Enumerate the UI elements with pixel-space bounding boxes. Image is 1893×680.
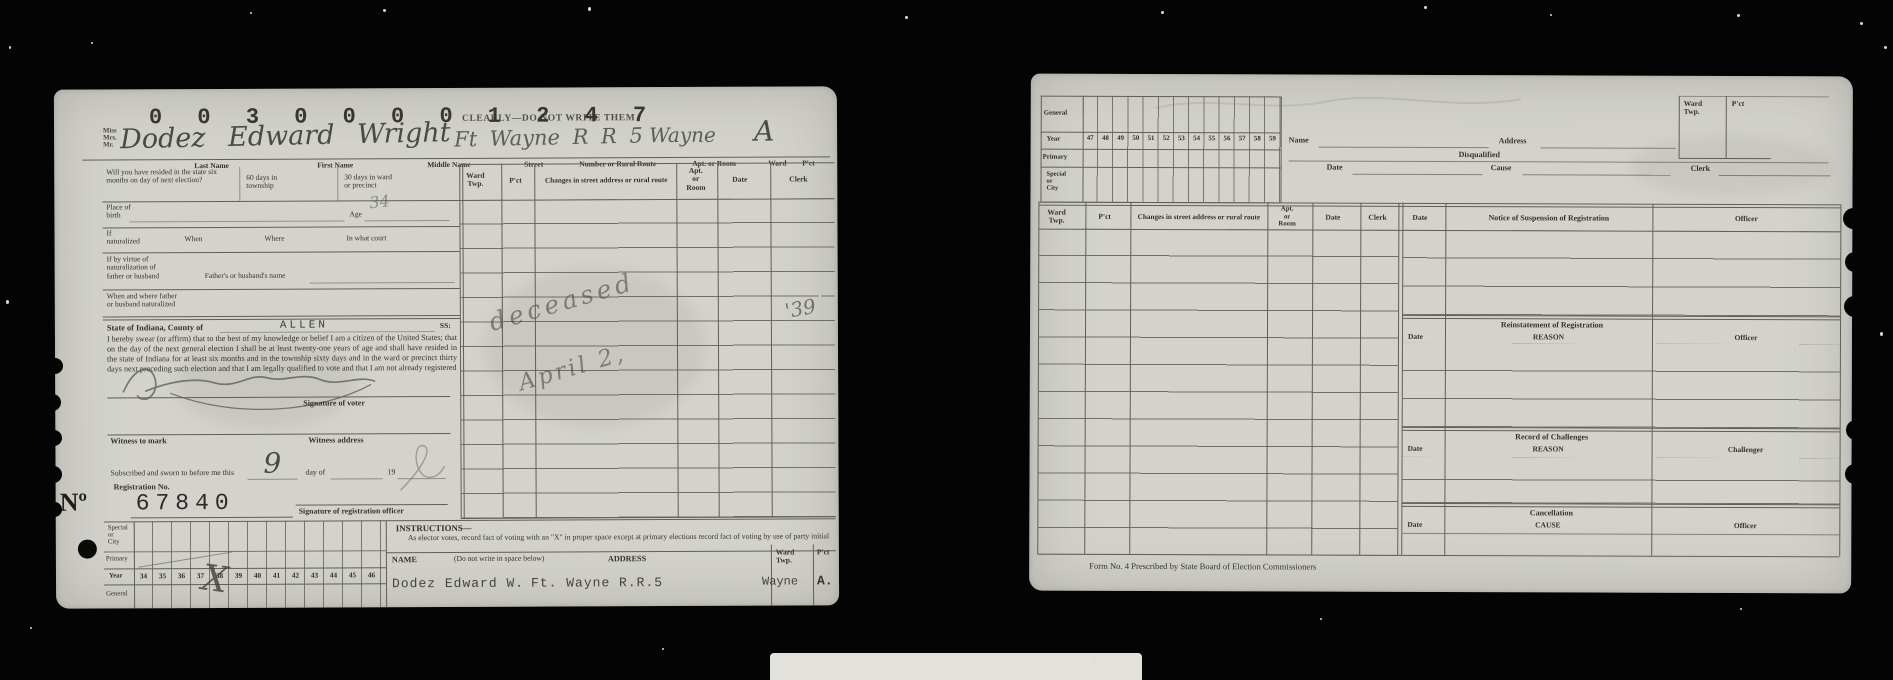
year-cell: 57 xyxy=(1235,135,1250,142)
challenges-title: Record of Challenges xyxy=(1402,433,1702,443)
header-label-disqualified: Disqualified xyxy=(1459,151,1500,160)
label-signature-registration-officer: Signature of registration officer xyxy=(299,507,404,516)
question-60-days: 60 days in township xyxy=(246,174,277,191)
suspension-header-officer: Officer xyxy=(1652,215,1840,224)
year-cell: 43 xyxy=(305,571,324,580)
year-cell: 36 xyxy=(172,571,191,580)
changes-header-date: Date xyxy=(1325,214,1340,222)
year-cell: 59 xyxy=(1265,135,1280,142)
cancellation-header-date: Date xyxy=(1407,521,1422,529)
ward-handwritten: Wayne xyxy=(649,123,716,147)
header-label-name: Name xyxy=(1289,136,1309,145)
typed-name: Dodez Edward W. xyxy=(392,576,524,592)
voter-signature-scribble xyxy=(115,346,415,417)
label-witness-to-mark: Witness to mark xyxy=(110,437,166,446)
year-cell: 44 xyxy=(324,570,343,579)
challenges-header-date: Date xyxy=(1408,445,1423,453)
voter-address-handwritten: Ft Wayne R R 5 xyxy=(454,123,643,151)
officer-signature-scribble xyxy=(390,440,450,495)
sworn-day-handwritten: 9 xyxy=(263,447,281,480)
year-cell: 40 xyxy=(248,571,267,580)
reinstatement-rows xyxy=(1403,343,1840,429)
label-place-of-birth: Place of birth xyxy=(106,203,130,220)
changes-header-apt: Apt. or Room xyxy=(686,167,705,192)
cancellation-header-cause: CAUSE xyxy=(1444,521,1651,530)
form-number-note: Form No. 4 Prescribed by State Board of … xyxy=(1089,561,1316,572)
microfilm-scan: 0 0 3 0 0 0 0 1 2 4 7 CLEARLY—DO NOT WRI… xyxy=(0,0,1893,680)
changes-header-ward-twp: Ward Twp. xyxy=(1047,209,1065,226)
corner-label-ward-twp: Ward Twp. xyxy=(1684,100,1702,117)
grid-label-primary: Primary xyxy=(106,555,128,562)
do-not-write-print: CLEARLY—DO NOT WRITE THEM xyxy=(462,113,635,124)
affidavit-county-typed: ALLEN xyxy=(280,320,328,332)
grid-label-special-city: Special or City xyxy=(108,524,128,545)
label-if-naturalized: If naturalized xyxy=(106,229,139,246)
grid-label-general: General xyxy=(1044,110,1067,117)
challenges-header-challenger: Challenger xyxy=(1652,446,1840,455)
challenges-header-reason: REASON xyxy=(1445,445,1652,454)
sworn-before-me-text: Subscribed and sworn to before me this xyxy=(111,469,234,478)
vote-grid-columns xyxy=(134,520,382,608)
label-number-rural-route: Number or Rural Route xyxy=(579,160,656,169)
suspension-rows xyxy=(1403,230,1840,317)
label-middle-name: Middle Name xyxy=(427,161,471,170)
no-symbol: Nº xyxy=(60,488,87,518)
year-cell: 41 xyxy=(267,571,286,580)
registration-card-back: General Year Primary Special or City 474… xyxy=(1029,74,1853,594)
footer-label-address: ADDRESS xyxy=(608,554,646,563)
label-signature-of-voter: Signature of voter xyxy=(303,399,365,408)
changes-header-apt: Apt. or Room xyxy=(1278,205,1295,228)
changes-header-changes: Changes in street address or rural route xyxy=(1132,213,1265,222)
grid-label-year: Year xyxy=(1047,136,1061,143)
header-label-cause: Cause xyxy=(1491,164,1512,173)
year-cell: 49 xyxy=(1113,135,1128,142)
grid-label-year: Year xyxy=(109,572,123,579)
year-cell: 42 xyxy=(286,571,305,580)
instructions-body: As elector votes, record fact of voting … xyxy=(408,532,838,543)
reinstatement-title: Reinstatement of Registration xyxy=(1402,321,1702,331)
adjacent-card-edge xyxy=(770,653,1142,680)
vote-grid-columns xyxy=(1082,96,1280,203)
label-virtue-naturalization: If by virtue of naturalization of father… xyxy=(107,255,160,280)
registration-number-stamp: 67840 xyxy=(136,490,235,516)
year-cell: 45 xyxy=(343,570,362,579)
affidavit-heading: State of Indiana, County of xyxy=(107,323,203,333)
year-cell: 58 xyxy=(1250,135,1265,142)
grid-label-primary: Primary xyxy=(1043,154,1068,161)
changes-header-ward-twp: Ward Twp. xyxy=(466,172,484,189)
label-age: Age xyxy=(349,210,362,218)
label-pct: P'ct xyxy=(802,159,815,167)
year-cell: 50 xyxy=(1128,135,1143,142)
year-cell: 55 xyxy=(1204,135,1219,142)
reinstatement-header-date: Date xyxy=(1408,333,1423,341)
label-first-name: First Name xyxy=(317,161,353,170)
year-cell: 47 xyxy=(1083,135,1098,142)
pct-handwritten: A xyxy=(754,115,774,148)
label-when-where-naturalized: When and where father or husband natural… xyxy=(107,292,177,309)
year-cell: 46 xyxy=(362,570,381,579)
changes-header-clerk: Clerk xyxy=(1368,214,1386,222)
label-when: When xyxy=(185,235,203,243)
footer-space-note: (Do not write in space below) xyxy=(454,555,545,564)
changes-header-clerk: Clerk xyxy=(789,175,807,183)
header-label-address: Address xyxy=(1499,137,1527,146)
year-cell: 54 xyxy=(1189,135,1204,142)
footer-label-ward-twp: Ward Twp. xyxy=(776,548,794,565)
changes-table-rows xyxy=(460,198,835,519)
grid-label-general: General xyxy=(106,590,128,597)
reinstatement-header-officer: Officer xyxy=(1652,334,1840,343)
header-label-clerk: Clerk xyxy=(1691,165,1711,174)
year-cell: 48 xyxy=(1098,135,1113,142)
reinstatement-header-reason: REASON xyxy=(1445,333,1652,342)
changes-header-date: Date xyxy=(732,176,747,184)
label-in-what-court: In what court xyxy=(347,234,387,243)
changes-header-pct: P'ct xyxy=(1098,213,1111,221)
suspension-title: Notice of Suspension of Registration xyxy=(1445,214,1652,223)
punch-hole xyxy=(78,540,97,559)
registration-card-front: 0 0 3 0 0 0 0 1 2 4 7 CLEARLY—DO NOT WRI… xyxy=(54,86,839,608)
grid-label-special-city: Special or City xyxy=(1046,171,1066,192)
affidavit-ss: SS: xyxy=(440,322,451,330)
header-label-date: Date xyxy=(1327,164,1343,173)
changes-header-pct: P'ct xyxy=(509,177,522,185)
vote-grid-years: 34353637383940414243444546 xyxy=(134,570,382,580)
year-cell: 52 xyxy=(1159,135,1174,142)
year-cell: 53 xyxy=(1174,135,1189,142)
age-handwritten: 34 xyxy=(368,191,390,212)
cancellation-header-officer: Officer xyxy=(1651,522,1839,531)
year-cell: 51 xyxy=(1143,135,1158,142)
footer-label-name: NAME xyxy=(392,555,417,564)
title-prefix-labels: Miss Mrs. Mr. xyxy=(103,127,117,148)
label-witness-address: Witness address xyxy=(308,436,363,445)
label-father-husband-name: Father's or husband's name xyxy=(205,272,286,281)
suspension-header-date: Date xyxy=(1412,214,1427,222)
changes-table-rows xyxy=(1038,229,1398,556)
challenges-rows xyxy=(1402,457,1839,505)
label-where: Where xyxy=(265,235,285,243)
corner-label-pct: P'ct xyxy=(1732,100,1745,108)
year-cell: 35 xyxy=(153,571,172,580)
year-cell: 34 xyxy=(134,571,153,580)
typed-ward: Wayne xyxy=(762,574,798,588)
cancellation-title: Cancellation xyxy=(1401,509,1701,519)
vote-grid-years: 47484950515253545556575859 xyxy=(1083,135,1281,143)
year-cell: 56 xyxy=(1219,135,1234,142)
typed-address: Ft. Wayne R.R.5 xyxy=(531,575,663,591)
question-resided: Will you have resided in the state six m… xyxy=(106,168,236,185)
label-day-of: day of xyxy=(306,469,326,478)
question-30-days: 30 days in ward or precinct xyxy=(344,173,392,190)
typed-pct: A. xyxy=(817,573,833,588)
changes-header-changes: Changes in street address or rural route xyxy=(538,176,674,185)
footer-label-pct: P'ct xyxy=(817,548,830,556)
voter-name-handwritten: Dodez Edward Wright xyxy=(120,117,451,155)
year-cell: 39 xyxy=(229,571,248,580)
vote-mark-x: X xyxy=(199,557,230,601)
